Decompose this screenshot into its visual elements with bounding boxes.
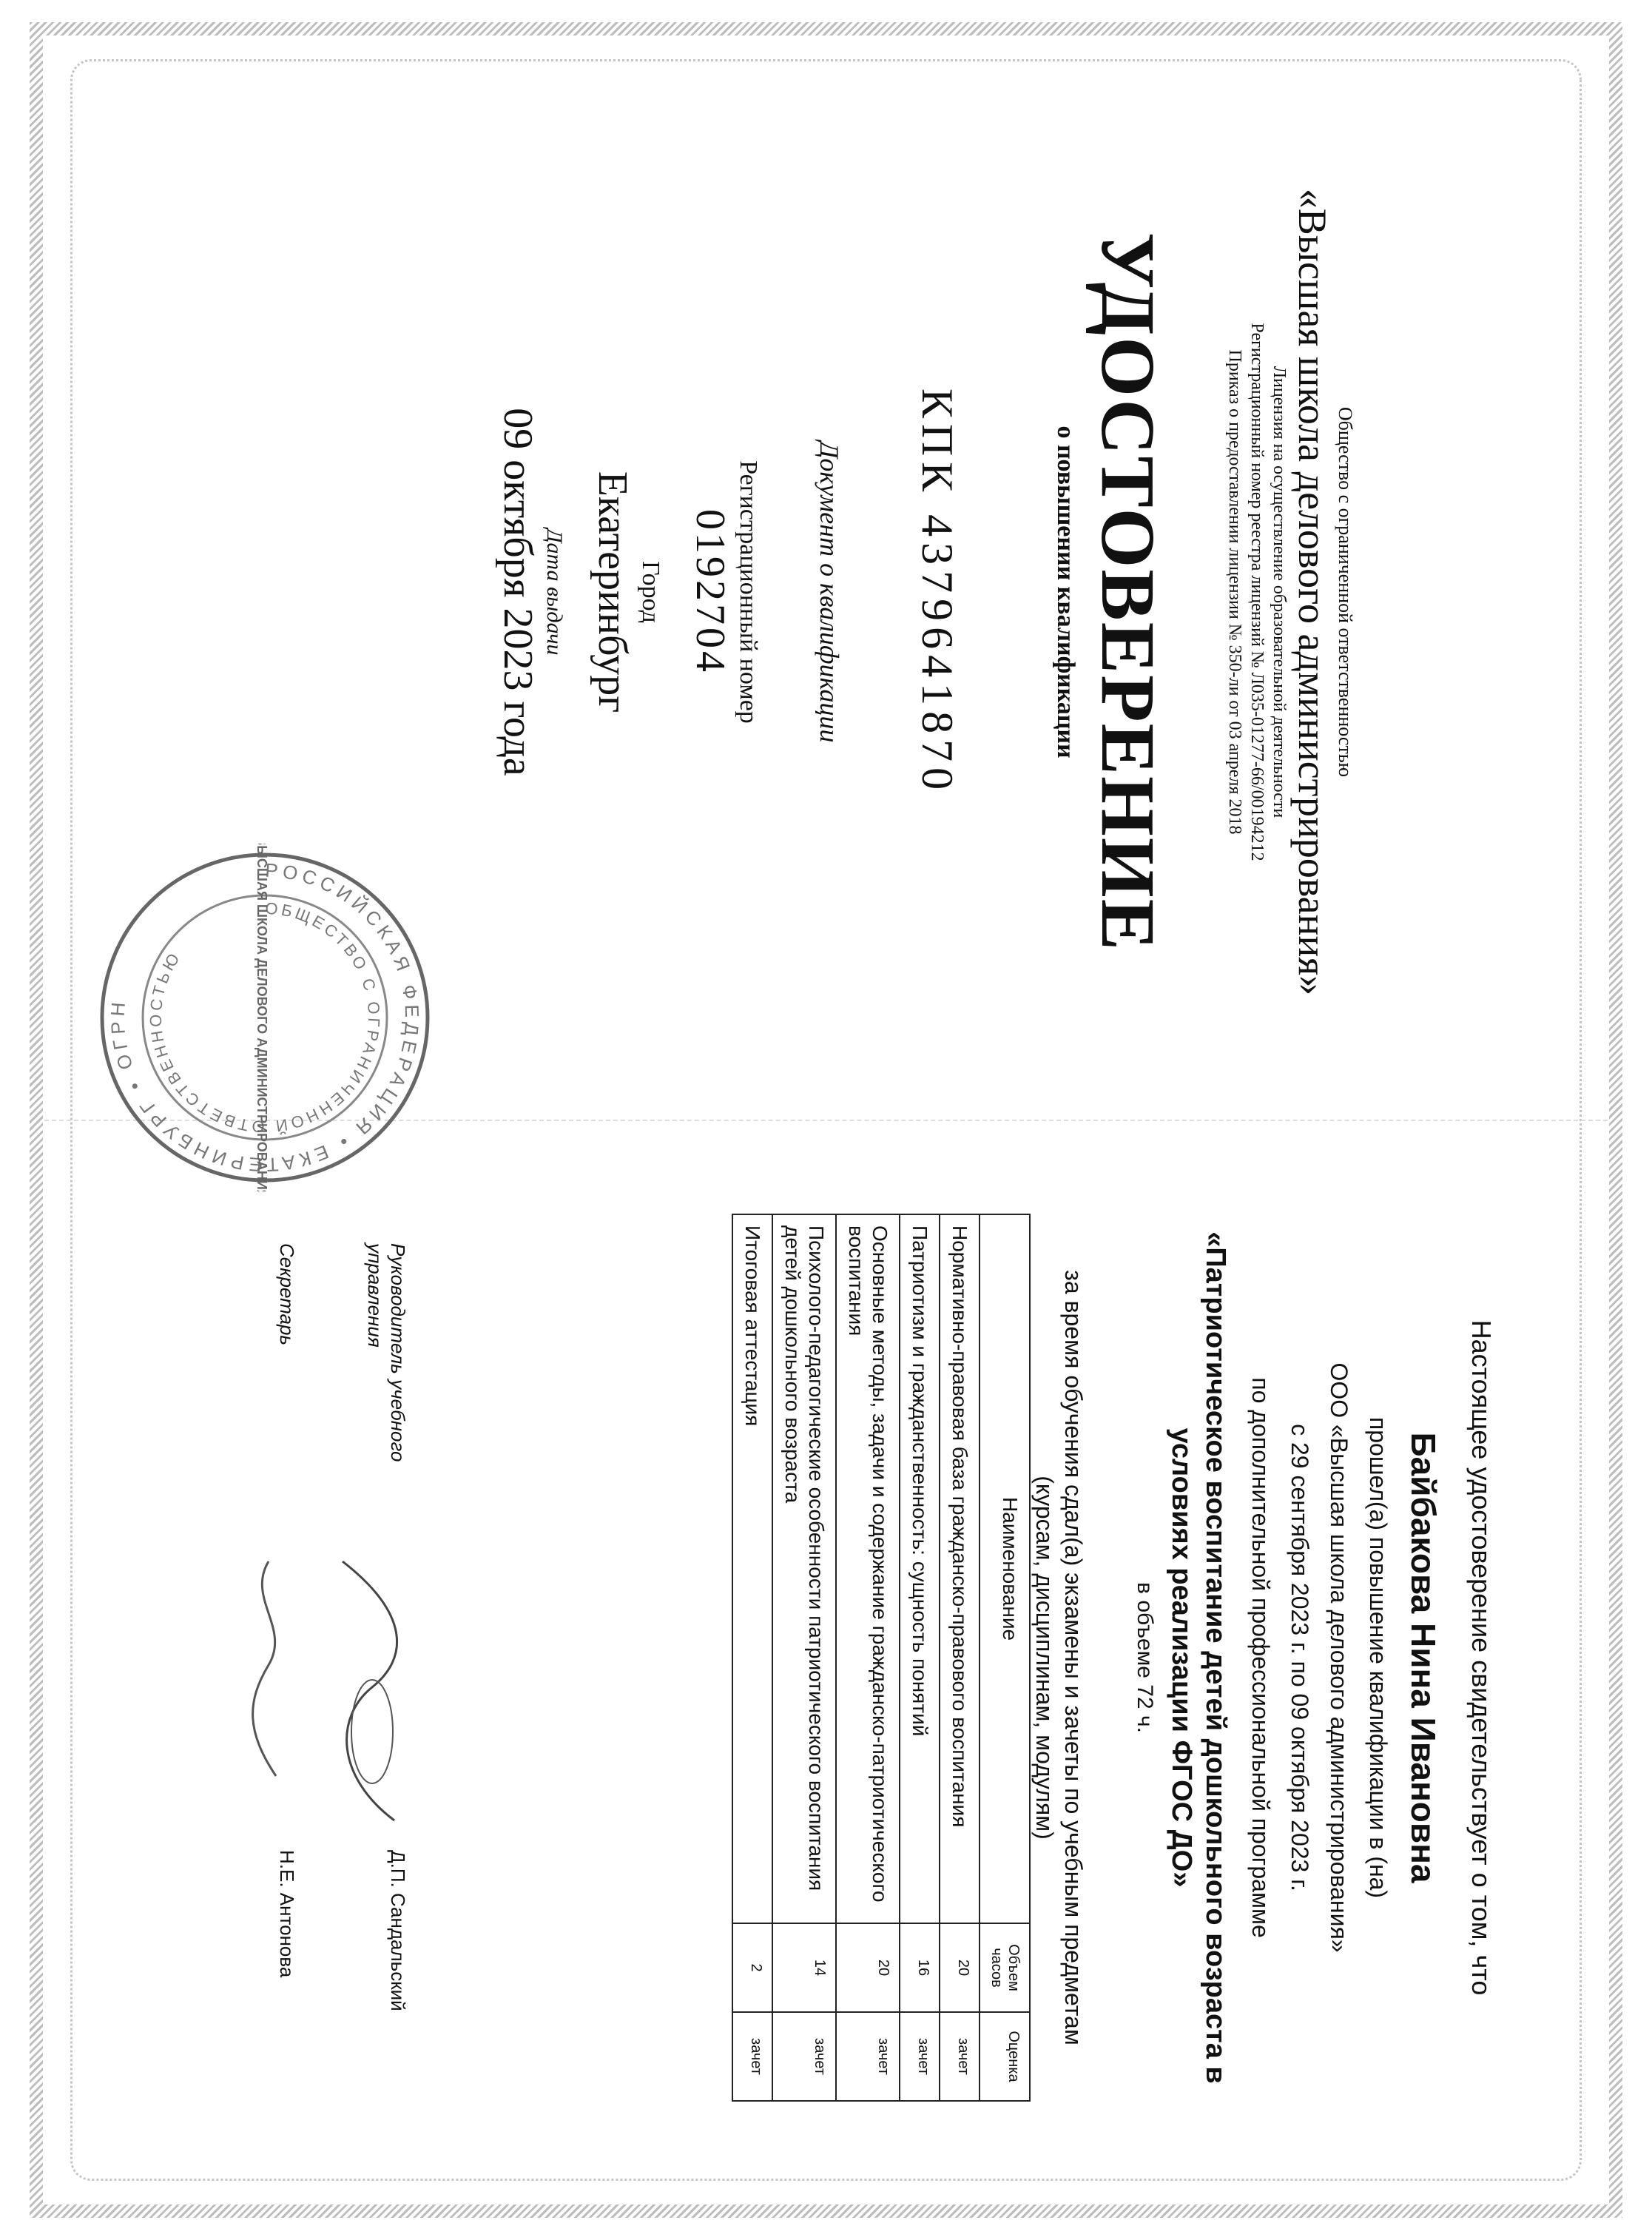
signature-scribble <box>320 1524 409 1850</box>
table-row: Патриотизм и гражданственность: сущность… <box>900 1214 940 2101</box>
signature-row: Руководитель учебного управления Д.П. Са… <box>320 1243 409 2072</box>
signature-name: Н.Е. Антонова <box>275 1850 298 2072</box>
registry-line: Регистрационный номер реестра лицензий №… <box>1246 111 1268 1073</box>
official-stamp-icon: РОССИЙСКАЯ ФЕДЕРАЦИЯ • ЕКАТЕРИНБУРГ • ОГ… <box>91 844 439 1191</box>
issue-date-label: Дата выдачи <box>542 111 567 1073</box>
table-row: Психолого-педагогические особенности пат… <box>772 1214 836 2101</box>
col-hours: Объем часов <box>980 1923 1030 2012</box>
signature-row: Секретарь Н.Е. Антонова <box>209 1243 298 2072</box>
signatures: Руководитель учебного управления Д.П. Са… <box>209 1243 431 2072</box>
order-line: Приказ о предоставлении лицензии № 350-л… <box>1224 111 1246 1073</box>
signature-name: Д.П. Сандальский <box>386 1850 409 2072</box>
city-label: Город <box>636 111 664 1073</box>
program-intro: по дополнительной профессиональной прогр… <box>1247 1184 1274 2131</box>
signature-role: Секретарь <box>275 1243 298 1524</box>
city: Екатеринбург <box>589 111 636 1073</box>
svg-text:ВЫСШАЯ ШКОЛА ДЕЛОВОГО АДМИНИСТ: ВЫСШАЯ ШКОЛА ДЕЛОВОГО АДМИНИСТРИРОВАНИЯ <box>254 844 269 1191</box>
certificate-number: КПК 4379641870 <box>911 111 962 1073</box>
table-header-row: Наименование Объем часов Оценка <box>980 1214 1030 2101</box>
license-line: Лицензия на осуществление образовательно… <box>1268 111 1290 1073</box>
signature-scribble <box>209 1524 298 1850</box>
program-volume: в объеме 72 ч. <box>1132 1184 1157 2131</box>
col-name: Наименование <box>980 1214 1030 1923</box>
subject-name: Патриотизм и гражданственность: сущность… <box>900 1214 940 1923</box>
subject-name: Итоговая аттестация <box>732 1214 772 1923</box>
org-name: «Высшая школа делового администрирования… <box>1290 111 1334 1073</box>
table-row: Основные методы, задачи и содержание гра… <box>836 1214 900 2101</box>
subject-name: Психолого-педагогические особенности пат… <box>772 1214 836 1923</box>
holder-name: Байбакова Нина Ивановна <box>1403 1184 1443 2131</box>
exams-line: за время обучения сдал(а) экзамены и зач… <box>1031 1184 1088 2131</box>
intro-text: Настоящее удостоверение свидетельствует … <box>1466 1184 1497 2131</box>
right-page: Настоящее удостоверение свидетельствует … <box>111 1184 1541 2131</box>
subjects-table: Наименование Объем часов Оценка Норматив… <box>732 1214 1031 2102</box>
certificate-spread: Общество с ограниченной ответственностью… <box>0 0 1652 2240</box>
issue-date: 09 октября 2023 года <box>494 111 542 1073</box>
reg-number-label: Регистрационный номер <box>734 111 762 1073</box>
subject-hours: 16 <box>900 1923 940 2012</box>
passed-line: прошел(а) повышение квалификации в (на) <box>1364 1184 1392 2131</box>
exams-line-1: за время обучения сдал(а) экзамены и зач… <box>1059 1184 1087 2131</box>
subject-grade: зачет <box>900 2012 940 2101</box>
period-line: с 29 сентября 2023 г. по 09 октября 2023… <box>1286 1184 1313 2131</box>
reg-number: 0192704 <box>687 111 734 1073</box>
subject-hours: 20 <box>940 1923 980 2012</box>
subject-name: Основные методы, задачи и содержание гра… <box>836 1214 900 1923</box>
subject-hours: 2 <box>732 1923 772 2012</box>
subject-hours: 14 <box>772 1923 836 2012</box>
table-row: Итоговая аттестация2зачет <box>732 1214 772 2101</box>
document-kind: Документ о квалификации <box>814 111 845 1073</box>
document-title: УДОСТОВЕРЕНИЕ <box>1084 111 1172 1073</box>
exams-line-2: (курсам, дисциплинам, модулям) <box>1031 1184 1059 2131</box>
table-row: Нормативно-правовая база гражданско-прав… <box>940 1214 980 2101</box>
document-subtitle: о повышении квалификации <box>1051 111 1079 1073</box>
program-name: «Патриотическое воспитание детей дошколь… <box>1164 1184 1232 2131</box>
col-grade: Оценка <box>980 2012 1030 2101</box>
org-type: Общество с ограниченной ответственностью <box>1334 111 1356 1073</box>
institution-line: ООО «Высшая школа делового администриров… <box>1325 1184 1352 2131</box>
subject-grade: зачет <box>732 2012 772 2101</box>
subject-grade: зачет <box>940 2012 980 2101</box>
subject-grade: зачет <box>836 2012 900 2101</box>
subject-hours: 20 <box>836 1923 900 2012</box>
signature-role: Руководитель учебного управления <box>363 1243 409 1524</box>
subject-name: Нормативно-правовая база гражданско-прав… <box>940 1214 980 1923</box>
subject-grade: зачет <box>772 2012 836 2101</box>
